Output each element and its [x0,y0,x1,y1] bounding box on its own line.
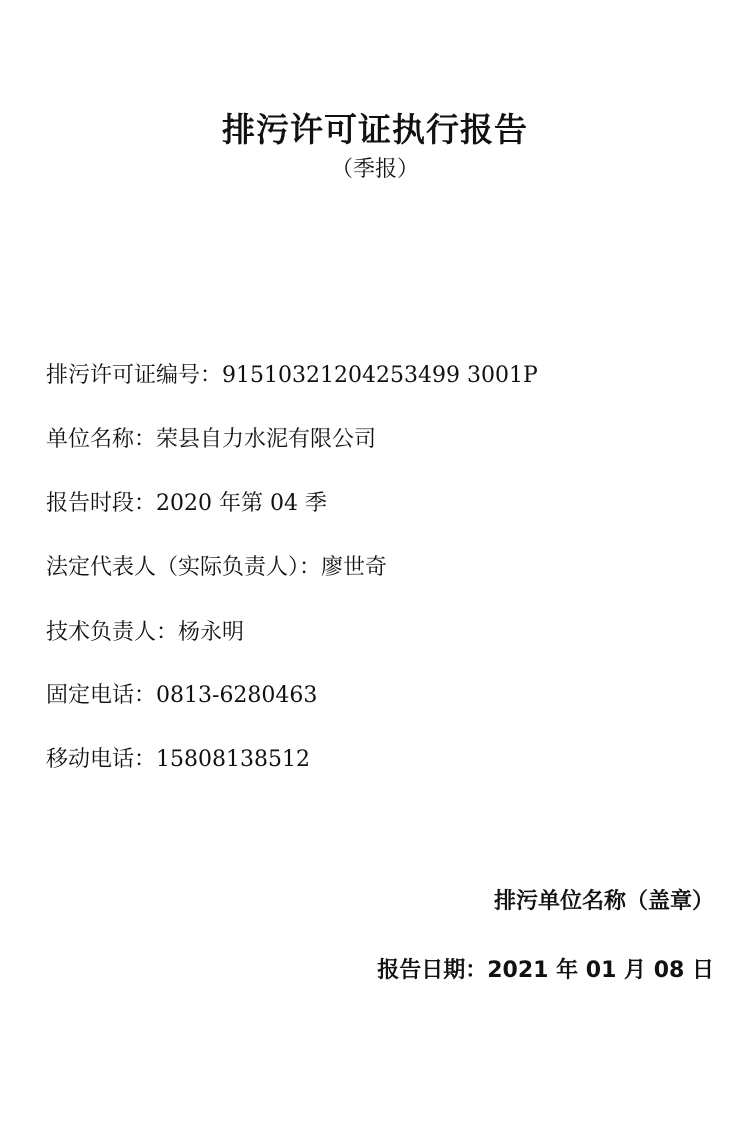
field-permit-number: 排污许可证编号：91510321204253499 3001P [46,361,538,391]
report-date-value: 2021 年 01 月 08 日 [487,958,714,983]
field-label: 排污许可证编号： [46,363,222,388]
field-value: 荣县自力水泥有限公司 [156,427,376,452]
document-subtitle: （季报） [0,153,750,187]
field-value: 0813-6280463 [156,683,317,708]
field-company-name: 单位名称：荣县自力水泥有限公司 [46,425,376,455]
report-date-label: 报告日期： [377,958,487,983]
field-label: 固定电话： [46,683,156,708]
field-label: 单位名称： [46,427,156,452]
field-report-period: 报告时段：2020 年第 04 季 [46,489,327,519]
field-value: 廖世奇 [321,555,387,580]
field-mobile: 移动电话：15808138512 [46,745,310,775]
field-value: 15808138512 [156,747,310,772]
field-label: 法定代表人（实际负责人）： [46,555,321,580]
field-label: 技术负责人： [46,620,178,645]
field-value: 2020 年第 04 季 [156,491,327,516]
signature-seal-line: 排污单位名称（盖章） [494,886,714,918]
field-legal-representative: 法定代表人（实际负责人）：廖世奇 [46,553,387,583]
field-label: 报告时段： [46,491,156,516]
document-title: 排污许可证执行报告 [0,108,750,152]
field-label: 移动电话： [46,747,156,772]
report-date: 报告日期：2021 年 01 月 08 日 [377,955,714,987]
field-value: 杨永明 [178,620,244,645]
field-landline: 固定电话：0813-6280463 [46,681,317,711]
field-technical-lead: 技术负责人：杨永明 [46,618,244,648]
field-value: 91510321204253499 3001P [222,363,538,388]
